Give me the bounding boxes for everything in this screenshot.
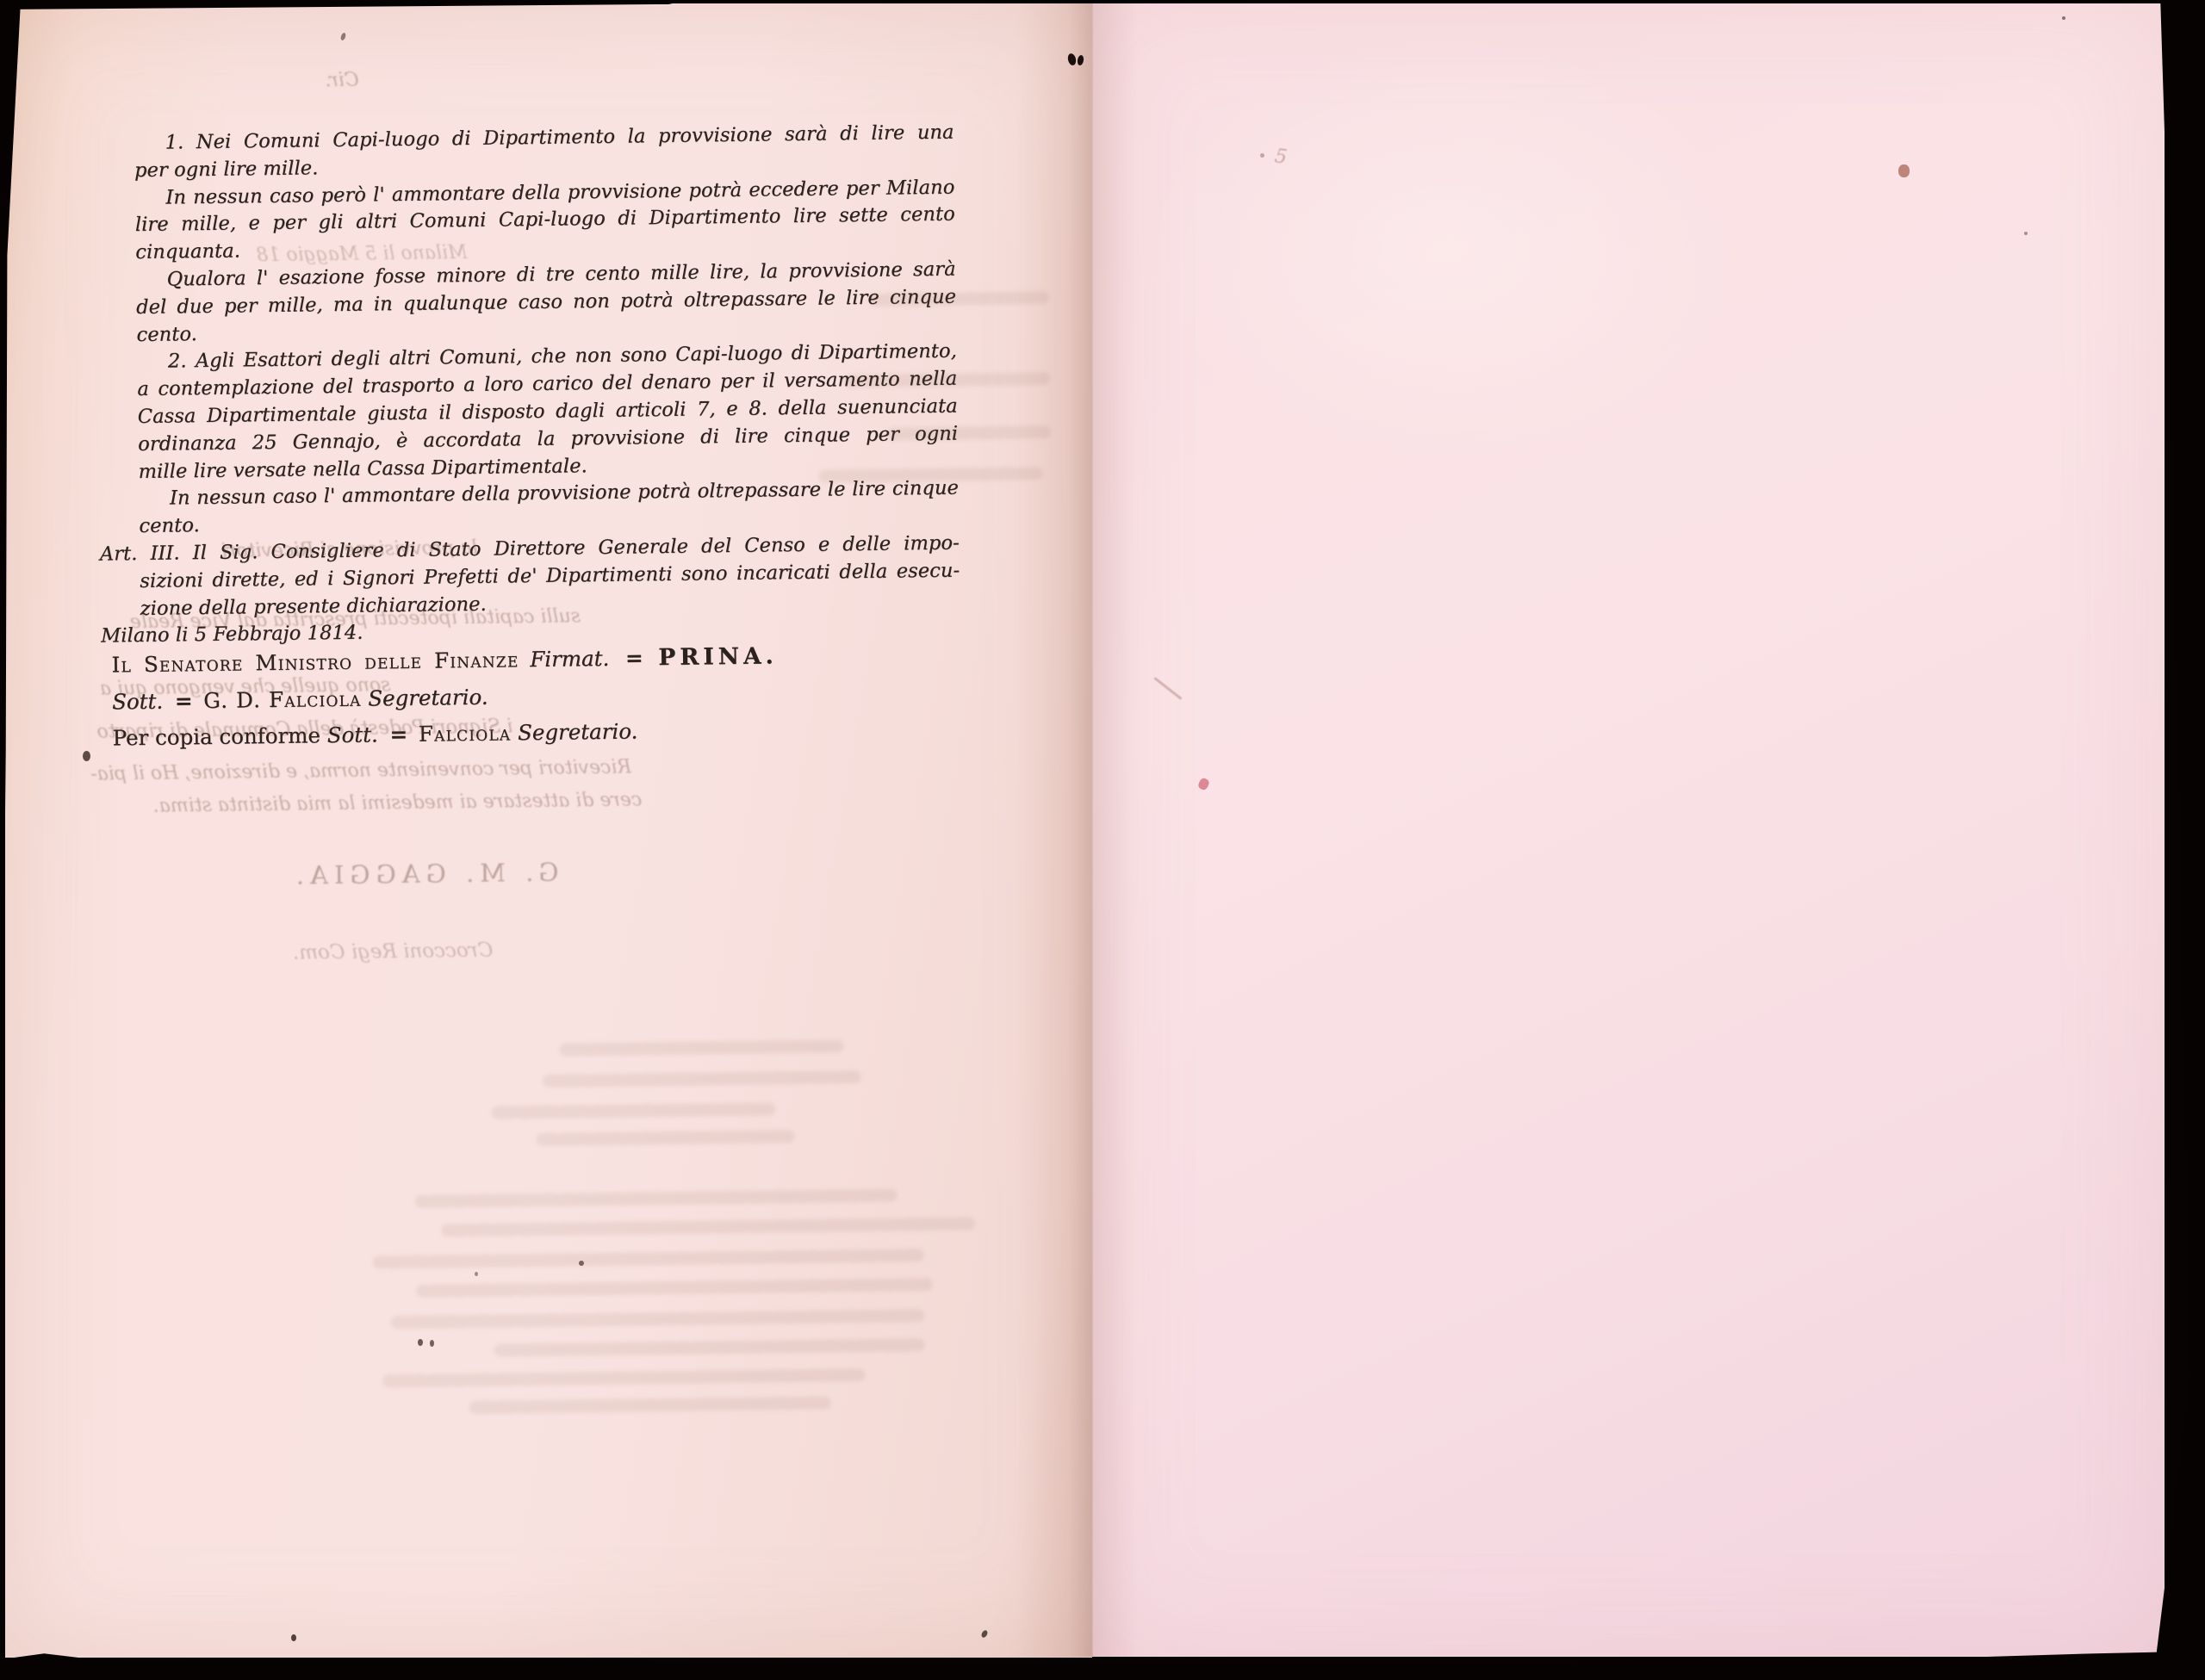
showthrough-smudge bbox=[382, 1368, 865, 1387]
showthrough-smudge bbox=[543, 1070, 861, 1088]
showthrough-smudge bbox=[843, 372, 1050, 387]
bleedthrough-fragment: Crocconi Regi Com. bbox=[293, 939, 494, 964]
minister-name: PRINA. bbox=[658, 642, 778, 671]
showthrough-smudge bbox=[491, 1102, 775, 1119]
secretary-role: Segretario. bbox=[518, 718, 638, 745]
showthrough-smudge bbox=[559, 1039, 843, 1056]
right-page bbox=[1092, 0, 2165, 1657]
ink-speck bbox=[2024, 232, 2028, 235]
ink-speck bbox=[418, 1339, 423, 1346]
ink-speck bbox=[579, 1261, 584, 1266]
page-sheen bbox=[1144, 34, 1747, 465]
pencil-dot bbox=[1260, 153, 1264, 158]
book-scan: 1. Nei Comuni Capi-luogo di Dipartimento… bbox=[0, 0, 2205, 1680]
decree-text: 1. Nei Comuni Capi-luogo di Dipartimento… bbox=[134, 120, 960, 651]
showthrough-smudge bbox=[373, 1249, 924, 1268]
ink-speck bbox=[291, 1634, 296, 1641]
showthrough-smudge bbox=[469, 1397, 831, 1414]
showthrough-smudge bbox=[415, 1189, 898, 1208]
brown-stain bbox=[1898, 164, 1910, 177]
showthrough-smudge bbox=[819, 467, 1043, 482]
firmat-label: Firmat. bbox=[530, 646, 609, 672]
showthrough-smudge bbox=[868, 291, 1049, 307]
bleedthrough-fragment: sono quelle che vengono qui a bbox=[100, 674, 391, 699]
ink-speck bbox=[430, 1340, 434, 1347]
bleedthrough-fragment: la provvisione ai Ricevitori bbox=[221, 537, 478, 562]
signature-block: Il Senatore Ministro delle Finanze Firma… bbox=[111, 640, 974, 761]
showthrough-smudge bbox=[390, 1309, 924, 1329]
equals-mark: = bbox=[620, 645, 648, 670]
showthrough-smudge bbox=[537, 1130, 795, 1146]
showthrough-smudge bbox=[887, 425, 1051, 440]
bleedthrough-fragment: cere di attestare ai medesimi la mia dis… bbox=[153, 789, 643, 816]
showthrough-smudge bbox=[416, 1278, 933, 1298]
minister-title: Il Senatore Ministro delle Finanze bbox=[111, 647, 519, 677]
ink-speck bbox=[2062, 16, 2065, 20]
showthrough-smudge bbox=[441, 1217, 975, 1237]
bleedthrough-fragment: Cir. bbox=[326, 70, 359, 92]
ink-speck bbox=[475, 1272, 478, 1276]
ink-speck bbox=[83, 751, 90, 761]
printed-content: 1. Nei Comuni Capi-luogo di Dipartimento… bbox=[0, 0, 1119, 1658]
bleedthrough-fragment: Milano li 5 Maggio 18 bbox=[256, 242, 468, 266]
showthrough-smudge bbox=[494, 1338, 925, 1357]
bleedthrough-fragment: G. M. GAGGIA. bbox=[290, 858, 559, 890]
